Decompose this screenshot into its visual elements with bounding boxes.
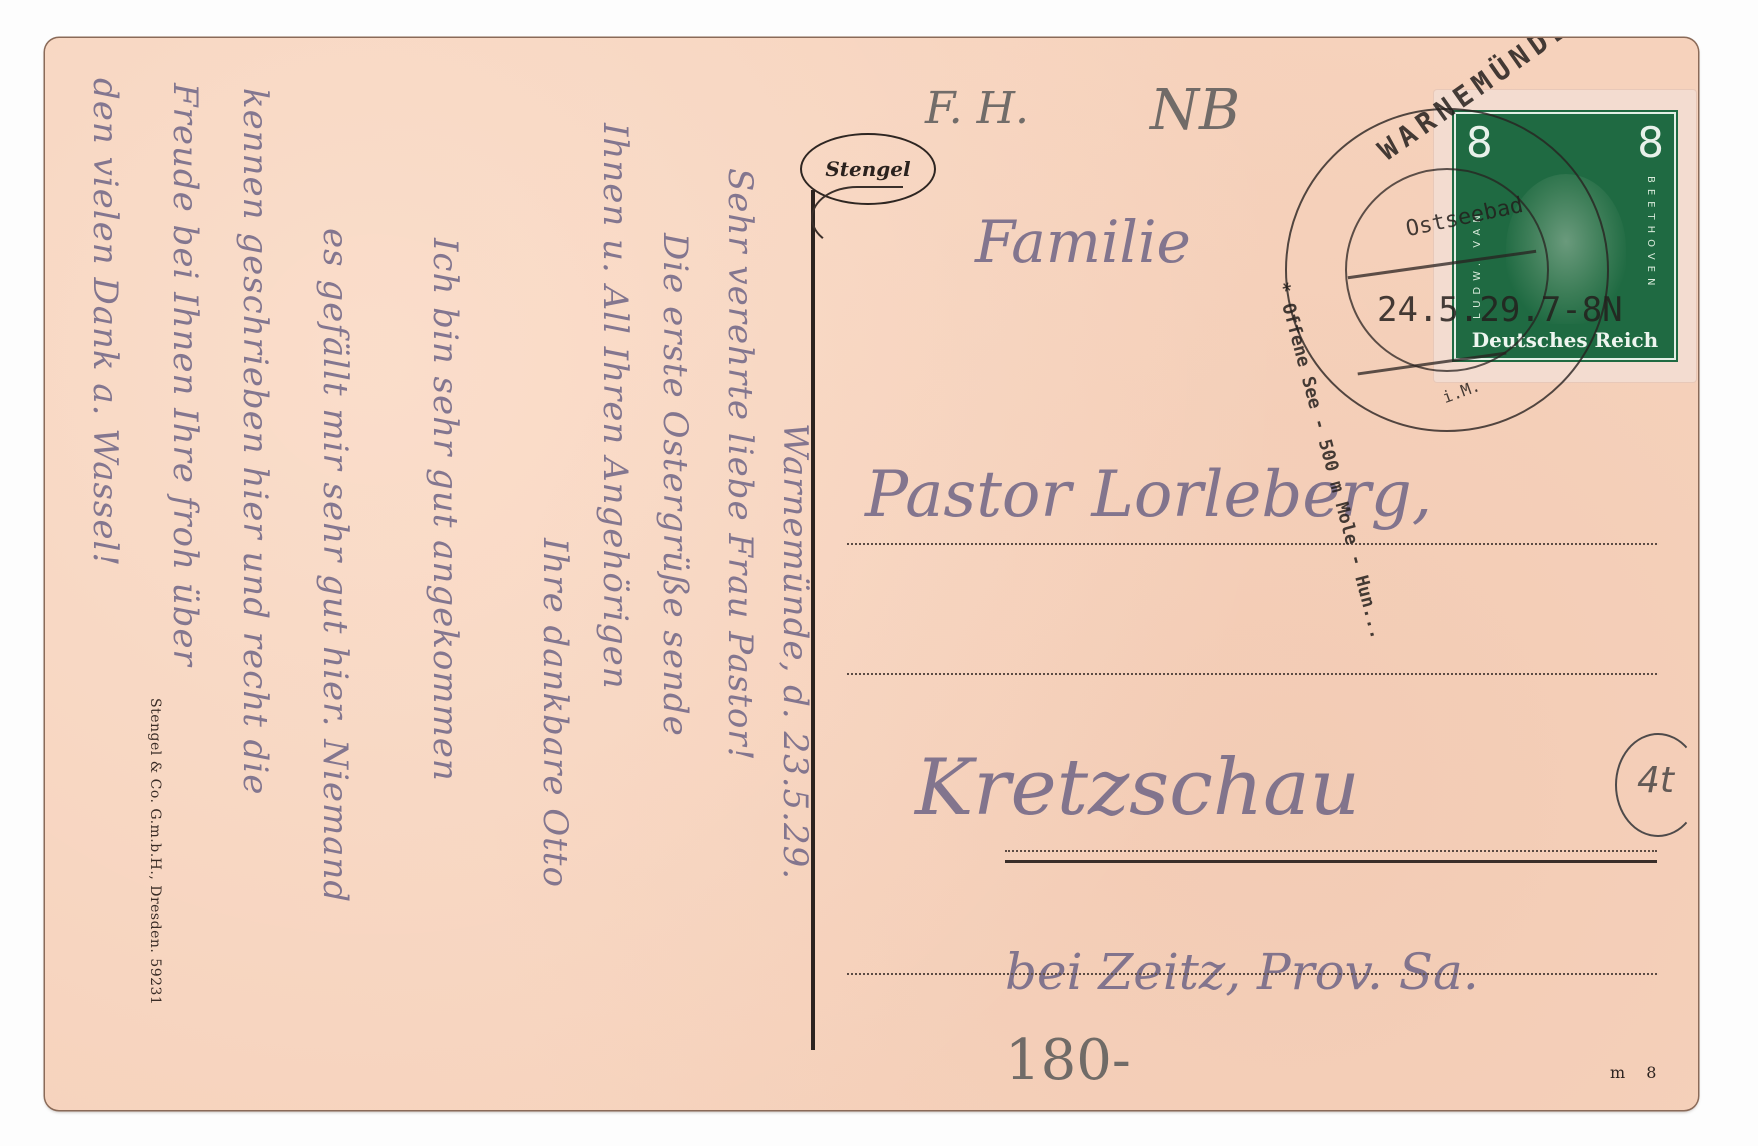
message-line: kennen geschrieben hier und recht die bbox=[235, 88, 275, 795]
address-rule bbox=[847, 973, 1657, 975]
circled-mark: 4t bbox=[1637, 760, 1674, 801]
address-line-1: Familie bbox=[975, 208, 1191, 276]
message-line: den vielen Dank a. Wassel! bbox=[85, 78, 125, 567]
message-line: Ihnen u. All Ihren Angehörigen bbox=[595, 123, 635, 690]
stamp-value: 8 bbox=[1637, 118, 1664, 167]
postmark-lower-text: i.M. bbox=[1440, 376, 1483, 407]
postmark-date: 24.5.29.7-8N bbox=[1377, 290, 1623, 330]
divider-line bbox=[811, 190, 815, 1050]
stamp-side-text: BEETHOVEN bbox=[1645, 176, 1656, 291]
initials-annotation: F. H. bbox=[925, 83, 1029, 134]
publisher-imprint: Stengel & Co. G.m.b.H., Dresden. 59231 bbox=[147, 698, 163, 1005]
address-rule-solid bbox=[1005, 860, 1657, 863]
divider-flourish bbox=[811, 186, 903, 250]
address-line-3: Kretzschau bbox=[915, 743, 1360, 833]
message-line: Ihre dankbare Otto bbox=[535, 538, 575, 888]
price-annotation: 180- bbox=[1005, 1028, 1131, 1093]
publisher-logo-text: Stengel bbox=[825, 157, 910, 181]
address-line-4: bei Zeitz, Prov. Sa. bbox=[1005, 943, 1479, 1001]
nb-annotation: NB bbox=[1150, 78, 1240, 143]
address-rule bbox=[1005, 850, 1657, 852]
message-line: Die erste Ostergrüße sende bbox=[655, 233, 695, 737]
message-line: Sehr verehrte liebe Frau Pastor! bbox=[720, 168, 760, 761]
message-line: Ich bin sehr gut angekommen bbox=[425, 238, 465, 782]
postcard-back: Warnemünde, d. 23.5.29. Sehr verehrte li… bbox=[45, 38, 1698, 1110]
message-line: Freude bei Ihnen Ihre froh über bbox=[165, 83, 205, 667]
message-line: es gefällt mir sehr gut hier. Niemand bbox=[315, 228, 355, 903]
address-rule bbox=[847, 543, 1657, 545]
postmark: WARNEMÜNDE Ostseebad * Offene See - 500 … bbox=[1285, 108, 1609, 432]
address-rule bbox=[847, 673, 1657, 675]
print-code: m 8 bbox=[1610, 1063, 1664, 1082]
message-line: Warnemünde, d. 23.5.29. bbox=[775, 423, 815, 880]
